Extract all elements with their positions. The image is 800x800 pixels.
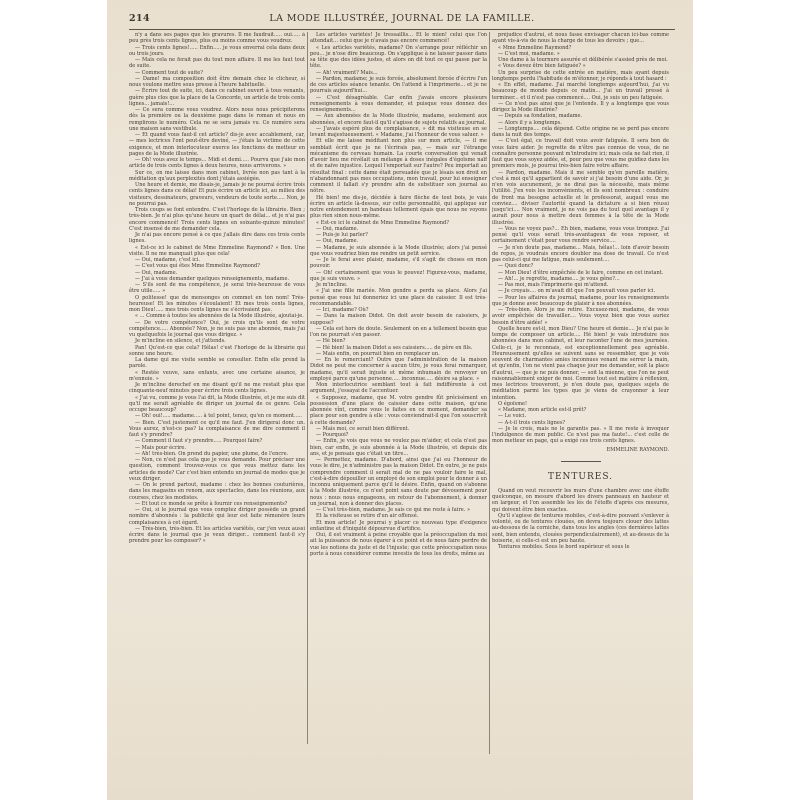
paragraph: — En le remerciant? Outre que l'administ… (310, 357, 487, 382)
paragraph: — Madame, je suis abonnée à la Mode illu… (310, 245, 487, 258)
paragraph: — C'est désagréable. Car enfin j'avais e… (310, 95, 487, 114)
paragraph: « Restée veuve, sans enfants, avec une c… (129, 370, 305, 383)
paragraph: « Est-ce ici le cabinet de Mme Emmeline … (129, 245, 305, 258)
paragraph: La dame qui me visite semble se consulte… (129, 357, 305, 370)
column-2: Les articles variétés! Je tressaillis...… (310, 32, 487, 744)
paragraph: — Cela est hors de doute. Seulement on e… (310, 326, 487, 339)
paragraph: — Je le ferai avec plaisir, madame, s'il… (310, 257, 487, 270)
paragraph: — Ce sera comme vous voudrez. Alors nous… (129, 107, 305, 132)
paragraph: Une heure et demie, me disais-je, jamais… (129, 182, 305, 207)
paragraph: — Écrire tout de suite, ici, dans ce cab… (129, 88, 305, 107)
paragraph: Quelle heure est-il, mon Dieu? Une heure… (492, 326, 669, 401)
paragraph: — On le prend partout, madame : chez les… (129, 482, 305, 501)
paragraph: — Dans la maison Didot. On doit avoir be… (310, 313, 487, 326)
paragraph: Je m'incline derechef en me disant qu'il… (129, 382, 305, 395)
paragraph: — Je croyais.... on m'avait dit que l'on… (492, 288, 669, 294)
column-divider (307, 32, 308, 744)
paragraph: — Ce n'est pas ainsi que je l'entends. I… (492, 101, 669, 114)
paragraph: « ... Comme à toutes les abonnées de la … (129, 313, 305, 319)
paragraph: Et elle me laisse méditant non plus sur … (310, 138, 487, 194)
newspaper-page: 214 LA MODE ILLUSTRÉE, JOURNAL DE LA FAM… (107, 0, 693, 800)
paragraph: « J'ai vu, comme je vous l'ai dit, la Mo… (129, 395, 305, 414)
paragraph: Quand on veut recouvrir les murs d'une c… (492, 488, 669, 513)
paragraph: « Les articles variétés, madame? On s'ar… (310, 45, 487, 70)
section-body: Quand on veut recouvrir les murs d'une c… (492, 488, 669, 551)
paragraph: Hé bien! me dis-je, décidée à faire flèc… (310, 195, 487, 220)
journal-title: LA MODE ILLUSTRÉE, JOURNAL DE LA FAMILLE… (129, 13, 675, 24)
paragraph: — Dame! ma composition doit être demain … (129, 76, 305, 89)
paragraph: Sur ce, on me laisse dans mon cabinet, l… (129, 170, 305, 183)
paragraph: — Oh! oui!..... madame..... à tel point,… (129, 413, 305, 419)
paragraph: — Mon Dieu! d'être empêchée de le faire,… (492, 270, 669, 276)
paragraph: Un peu surprise de cette entrée en matiè… (492, 70, 669, 83)
column-divider (489, 32, 490, 754)
paragraph: — Mais cela ne ferait pas du tout mon af… (129, 57, 305, 70)
paragraph: — De votre compétence? Oui, je crois qu'… (129, 320, 305, 339)
paragraph: Qu'il s'agisse de tentures mobiles, c'es… (492, 513, 669, 544)
paragraph: — Permettez, madame. D'abord, ainsi que … (310, 457, 487, 507)
paragraph: Trois coups se font entendre. C'est l'ho… (129, 207, 305, 232)
author-signature: EMMELINE RAYMOND. (492, 447, 669, 453)
paragraph: — Vous ne voyez pas?... Eh bien, madame,… (492, 226, 669, 245)
paragraph: — Bien. C'est justement ce qu'il me faut… (129, 420, 305, 439)
page-header: 214 LA MODE ILLUSTRÉE, JOURNAL DE LA FAM… (129, 13, 675, 27)
paragraph: Et mon article! Je pourrai y placer ce n… (310, 520, 487, 533)
paragraph: Les articles variétés! Je tressaillis...… (310, 32, 487, 45)
paragraph: — Très-bien, très-bien. Et les articles … (129, 526, 305, 545)
paragraph: — Oh! certainement que vous le pouvez! F… (310, 270, 487, 283)
article-body: préjudice d'autrui, et nous fasse envisa… (492, 32, 669, 445)
paragraph: préjudice d'autrui, et nous fasse envisa… (492, 32, 669, 45)
paragraph: — J'avais espéré plus de complaisance, »… (310, 126, 487, 139)
paragraph: — Oh! vous avez le temps... Midi et demi… (129, 157, 305, 170)
paragraph: — Très-bien. Alors je me retire. Excusez… (492, 307, 669, 326)
paragraph: « En effet, madame. J'ai marché longtemp… (492, 82, 669, 101)
column-3: préjudice d'autrui, et nous fasse envisa… (492, 32, 669, 744)
paragraph: — Trois cents lignes!..... Enfin..... je… (129, 45, 305, 58)
paragraph: n'y a dans ses pages que les gravures. I… (129, 32, 305, 45)
paragraph: « Supposez, madame, que M. votre gendre … (310, 395, 487, 426)
paragraph: O politesse! que de mensonges on commet … (129, 295, 305, 314)
paragraph: — C'est égal, ce travail doit vous avoir… (492, 138, 669, 169)
paragraph: — Pour les affaires du journal, madame, … (492, 295, 669, 308)
paragraph: — Non, ce n'est pas cela que je vous dem… (129, 457, 305, 482)
paragraph: — Oui, si le journal que vous comptez di… (129, 507, 305, 526)
paragraph: — S'ils sont de ma compétence, je serai … (129, 282, 305, 295)
paragraph: — Je n'en doute pas, madame... Mais, hél… (492, 245, 669, 264)
paragraph: « J'ai une fille mariée. Mon gendre a pe… (310, 288, 487, 307)
paragraph: — Pardon, madame; je suis forcée, absolu… (310, 76, 487, 95)
paragraph: Tentures mobiles. Sous le bord supérieur… (492, 544, 669, 550)
paragraph: Je n'ai pas encore pensé à ce que j'alla… (129, 232, 305, 245)
paragraph: — Et quand vous faut-il cet article? dis… (129, 132, 305, 157)
paragraph: Oui, il est vraiment à peine croyable qu… (310, 532, 487, 557)
section-title: TENTURES. (492, 471, 669, 483)
section-divider (561, 461, 601, 462)
header-rule (129, 29, 675, 30)
paragraph: — Pardon, madame. Mais il me semble qu'e… (492, 170, 669, 226)
paragraph: — Longtemps.... cela dépend. Cette origi… (492, 126, 669, 139)
paragraph: Mon interlocutrice semblant tout à fait … (310, 382, 487, 395)
paragraph: — Enfin, je vois que vous ne voulez pas … (310, 438, 487, 457)
paragraph: — Hé bien! la maison Didot a ses caissie… (310, 345, 487, 351)
paragraph: — Aux abonnées de la Mode illustrée, mad… (310, 113, 487, 126)
paragraph: Pan! Qu'est-ce que cela? Hélas! c'est l'… (129, 345, 305, 358)
column-1: n'y a dans ses pages que les gravures. I… (129, 32, 305, 744)
paragraph: — Je le crois, mais ne le garantis pas. … (492, 426, 669, 445)
